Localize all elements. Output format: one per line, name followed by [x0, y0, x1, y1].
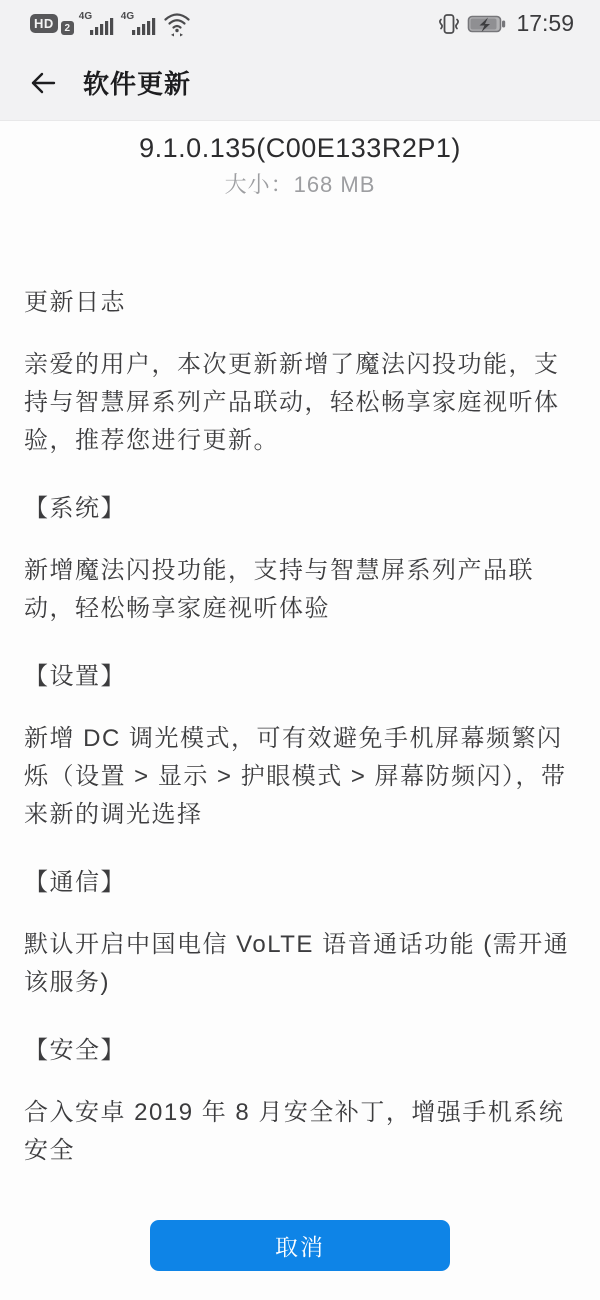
section-body: 新增魔法闪投功能，支持与智慧屏系列产品联动，轻松畅享家庭视听体验	[24, 552, 576, 628]
changelog-section-security: 【安全】 合入安卓 2019 年 8 月安全补丁，增强手机系统安全	[24, 1032, 576, 1170]
battery-charging-icon	[467, 13, 507, 35]
changelog-section-communication: 【通信】 默认开启中国电信 VoLTE 语音通话功能 (需开通该服务)	[24, 864, 576, 1002]
section-heading: 【设置】	[24, 658, 576, 696]
signal-strength-icon-sim2: 4G	[121, 10, 158, 38]
update-size: 大小：168 MB	[24, 170, 576, 200]
top-bar: HD 2 4G 4G	[0, 0, 600, 121]
version-number: 9.1.0.135(C00E133R2P1)	[24, 130, 576, 166]
changelog-section-settings: 【设置】 新增 DC 调光模式，可有效避免手机屏幕频繁闪烁（设置 > 显示 > …	[24, 658, 576, 834]
app-header: 软件更新	[0, 45, 600, 120]
changelog-section-system: 【系统】 新增魔法闪投功能，支持与智慧屏系列产品联动，轻松畅享家庭视听体验	[24, 490, 576, 628]
section-heading: 【安全】	[24, 1032, 576, 1070]
cancel-button[interactable]: 取消	[150, 1220, 450, 1271]
back-arrow-icon[interactable]	[26, 70, 56, 96]
signal-bars-sim1	[90, 16, 115, 35]
section-body: 默认开启中国电信 VoLTE 语音通话功能 (需开通该服务)	[24, 926, 576, 1002]
signal-bars-sim2	[132, 16, 157, 35]
software-update-screen: HD 2 4G 4G	[0, 0, 600, 1300]
signal-strength-icon-sim1: 4G	[79, 10, 116, 38]
wifi-icon	[163, 10, 191, 37]
section-body: 新增 DC 调光模式，可有效避免手机屏幕频繁闪烁（设置 > 显示 > 护眼模式 …	[24, 720, 576, 834]
changelog-intro: 亲爱的用户，本次更新新增了魔法闪投功能，支持与智慧屏系列产品联动，轻松畅享家庭视…	[24, 346, 576, 460]
section-heading: 【系统】	[24, 490, 576, 528]
page-title: 软件更新	[83, 64, 191, 101]
status-bar-right: 17:59	[437, 10, 574, 37]
hd-sim2-badge: 2	[61, 21, 74, 35]
status-bar-left: HD 2 4G 4G	[30, 10, 191, 38]
section-body: 合入安卓 2019 年 8 月安全补丁，增强手机系统安全	[24, 1094, 576, 1170]
section-heading: 【通信】	[24, 864, 576, 902]
vibrate-icon	[437, 11, 461, 37]
changelog-title: 更新日志	[24, 284, 576, 322]
clock: 17:59	[516, 10, 574, 37]
status-bar: HD 2 4G 4G	[0, 0, 600, 45]
update-details: 9.1.0.135(C00E133R2P1) 大小：168 MB 更新日志 亲爱…	[0, 130, 600, 1170]
hd-volte-icon: HD	[30, 14, 58, 33]
